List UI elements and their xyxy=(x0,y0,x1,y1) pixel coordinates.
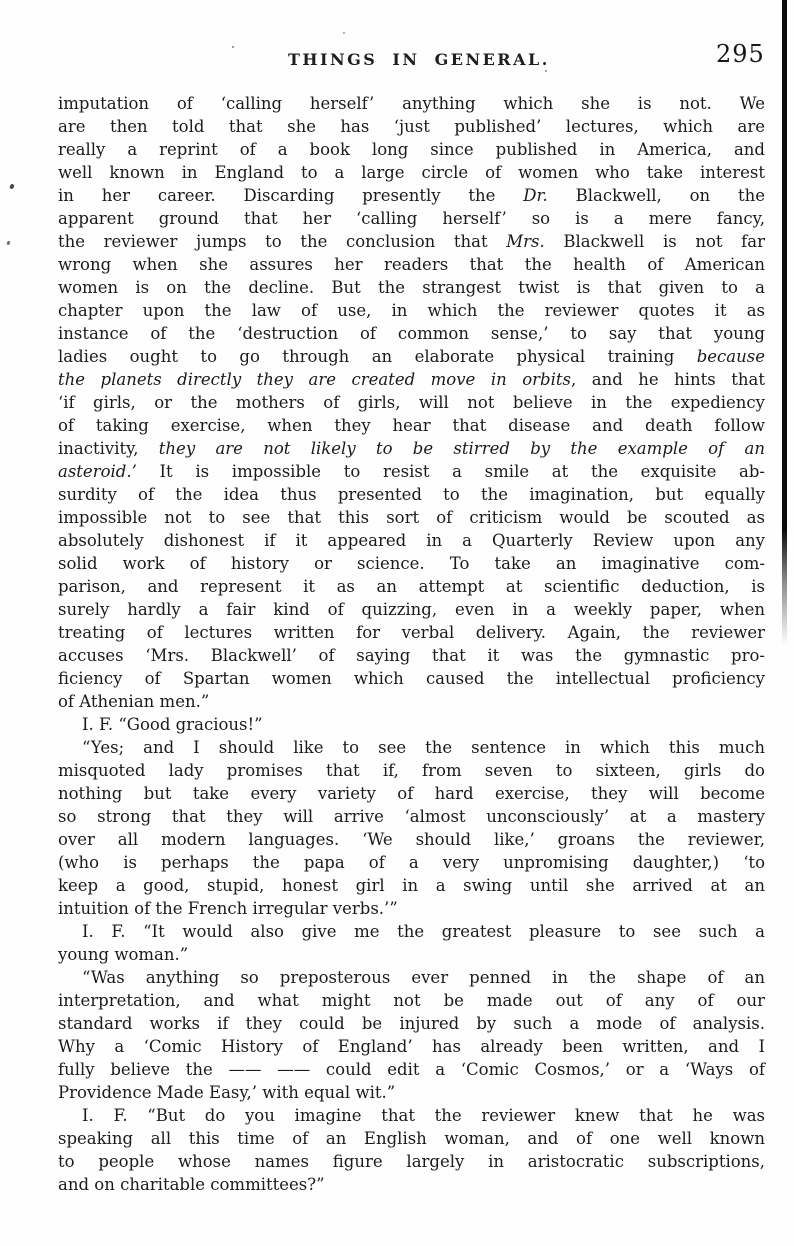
scan-speck xyxy=(232,46,234,48)
text-line: fully believe the —— —— could edit a ‘Co… xyxy=(58,1058,765,1081)
text-line: keep a good, stupid, honest girl in a sw… xyxy=(58,874,765,897)
body-text: the reviewer jumps to the conclusion tha… xyxy=(58,232,506,251)
body-text: speaking all this time of an English wom… xyxy=(58,1129,765,1148)
body-text: surdity of the idea thus presented to th… xyxy=(58,485,765,504)
text-line: ficiency of Spartan women which caused t… xyxy=(58,667,765,690)
running-head-title: THINGS IN GENERAL. xyxy=(288,50,546,69)
text-line: treating of lectures written for verbal … xyxy=(58,621,765,644)
body-text: in her career. Discarding presently the xyxy=(58,186,523,205)
body-text: ficiency of Spartan women which caused t… xyxy=(58,669,765,688)
text-line: of Athenian men.” xyxy=(58,690,765,713)
body-text: inactivity, xyxy=(58,439,159,458)
text-line: of taking exercise, when they hear that … xyxy=(58,414,765,437)
body-text: Blackwell is not far xyxy=(545,232,765,251)
body-text: Why a ‘Comic History of England’ has alr… xyxy=(58,1037,765,1056)
text-line: standard works if they could be injured … xyxy=(58,1012,765,1035)
body-text: ‘if girls, or the mothers of girls, will… xyxy=(58,393,765,412)
body-text: fully believe the —— —— could edit a ‘Co… xyxy=(58,1060,765,1079)
body-text: wrong when she assures her readers that … xyxy=(58,255,765,274)
text-line: imputation of ‘calling herself’ anything… xyxy=(58,92,765,115)
scan-speck xyxy=(6,241,10,246)
body-text: of taking exercise, when they hear that … xyxy=(58,416,765,435)
text-line: in her career. Discarding presently the … xyxy=(58,184,765,207)
text-line: parison, and represent it as an attempt … xyxy=(58,575,765,598)
body-text: are then told that she has ‘just publish… xyxy=(58,117,765,136)
body-text: well known in England to a large circle … xyxy=(58,163,765,182)
text-line: chapter upon the law of use, in which th… xyxy=(58,299,765,322)
body-text: to people whose names figure largely in … xyxy=(58,1152,765,1171)
text-line: over all modern languages. ‘We should li… xyxy=(58,828,765,851)
text-line: ‘if girls, or the mothers of girls, will… xyxy=(58,391,765,414)
text-line: I. F. “It would also give me the greates… xyxy=(58,920,765,943)
text-line: instance of the ‘destruction of common s… xyxy=(58,322,765,345)
text-line: inactivity, they are not likely to be st… xyxy=(58,437,765,460)
body-text: I. F. “Good gracious!” xyxy=(82,715,263,734)
body-text: keep a good, stupid, honest girl in a sw… xyxy=(58,876,765,895)
body-text: imputation of ‘calling herself’ anything… xyxy=(58,94,765,113)
body-text: “Yes; and I should like to see the sente… xyxy=(82,738,765,757)
scan-speck xyxy=(545,70,547,72)
text-line: surely hardly a fair kind of quizzing, e… xyxy=(58,598,765,621)
italic-text: they are not likely to be stirred by the… xyxy=(159,439,765,458)
text-line: interpretation, and what might not be ma… xyxy=(58,989,765,1012)
italic-text: because xyxy=(697,347,765,366)
text-line: so strong that they will arrive ‘almost … xyxy=(58,805,765,828)
text-line: misquoted lady promises that if, from se… xyxy=(58,759,765,782)
text-line: asteroid.’ It is impossible to resist a … xyxy=(58,460,765,483)
text-line: speaking all this time of an English wom… xyxy=(58,1127,765,1150)
italic-text: Mrs. xyxy=(506,232,545,251)
text-line: well known in England to a large circle … xyxy=(58,161,765,184)
text-line: “Yes; and I should like to see the sente… xyxy=(58,736,765,759)
body-text: standard works if they could be injured … xyxy=(58,1014,765,1033)
text-line: the planets directly they are created mo… xyxy=(58,368,765,391)
body-text: misquoted lady promises that if, from se… xyxy=(58,761,765,780)
text-line: absolutely dishonest if it appeared in a… xyxy=(58,529,765,552)
text-line: I. F. “But do you imagine that the revie… xyxy=(58,1104,765,1127)
text-line: Why a ‘Comic History of England’ has alr… xyxy=(58,1035,765,1058)
text-line: really a reprint of a book long since pu… xyxy=(58,138,765,161)
text-line: accuses ‘Mrs. Blackwell’ of saying that … xyxy=(58,644,765,667)
body-text: ladies ought to go through an elaborate … xyxy=(58,347,697,366)
paragraph: I. F. “But do you imagine that the revie… xyxy=(58,1104,765,1196)
body-text: over all modern languages. ‘We should li… xyxy=(58,830,765,849)
body-text: interpretation, and what might not be ma… xyxy=(58,991,765,1010)
paragraph: “Was anything so preposterous ever penne… xyxy=(58,966,765,1104)
text-line: intuition of the French irregular verbs.… xyxy=(58,897,765,920)
body-text: impossible not to see that this sort of … xyxy=(58,508,765,527)
body-text: Providence Made Easy,’ with equal wit.” xyxy=(58,1083,395,1102)
body-text: It is impossible to resist a smile at th… xyxy=(137,462,765,481)
paragraph: “Yes; and I should like to see the sente… xyxy=(58,736,765,920)
body-text: I. F. “It would also give me the greates… xyxy=(82,922,765,941)
body-text: (who is perhaps the papa of a very unpro… xyxy=(58,853,765,872)
text-line: solid work of history or science. To tak… xyxy=(58,552,765,575)
book-page: THINGS IN GENERAL. 295 imputation of ‘ca… xyxy=(0,0,794,1246)
body-text: nothing but take every variety of hard e… xyxy=(58,784,765,803)
body-text: surely hardly a fair kind of quizzing, e… xyxy=(58,600,765,619)
body-text: , and he hints that xyxy=(571,370,765,389)
body-text: I. F. “But do you imagine that the revie… xyxy=(82,1106,765,1125)
paragraph: imputation of ‘calling herself’ anything… xyxy=(58,92,765,713)
text-line: Providence Made Easy,’ with equal wit.” xyxy=(58,1081,765,1104)
text-line: young woman.” xyxy=(58,943,765,966)
scan-speck xyxy=(9,183,15,189)
body-text: women is on the decline. But the strange… xyxy=(58,278,765,297)
paragraph: I. F. “It would also give me the greates… xyxy=(58,920,765,966)
text-line: “Was anything so preposterous ever penne… xyxy=(58,966,765,989)
body-text: and on charitable committees?” xyxy=(58,1175,325,1194)
text-line: wrong when she assures her readers that … xyxy=(58,253,765,276)
italic-text: the planets directly they are created mo… xyxy=(58,370,571,389)
body-text: treating of lectures written for verbal … xyxy=(58,623,765,642)
italic-text: asteroid.’ xyxy=(58,462,137,481)
paragraph: I. F. “Good gracious!” xyxy=(58,713,765,736)
text-line: apparent ground that her ‘calling hersel… xyxy=(58,207,765,230)
text-line: the reviewer jumps to the conclusion tha… xyxy=(58,230,765,253)
text-line: ladies ought to go through an elaborate … xyxy=(58,345,765,368)
text-line: impossible not to see that this sort of … xyxy=(58,506,765,529)
body-text: chapter upon the law of use, in which th… xyxy=(58,301,765,320)
scan-speck xyxy=(343,32,345,34)
page-number: 295 xyxy=(716,40,765,68)
gutter-shadow xyxy=(782,0,787,645)
body-text: instance of the ‘destruction of common s… xyxy=(58,324,765,343)
body-text: “Was anything so preposterous ever penne… xyxy=(82,968,765,987)
text-line: surdity of the idea thus presented to th… xyxy=(58,483,765,506)
body-text: absolutely dishonest if it appeared in a… xyxy=(58,531,765,550)
body-text: Blackwell, on the xyxy=(548,186,765,205)
text-line: women is on the decline. But the strange… xyxy=(58,276,765,299)
body-text: of Athenian men.” xyxy=(58,692,209,711)
text-line: to people whose names figure largely in … xyxy=(58,1150,765,1173)
body-text: intuition of the French irregular verbs.… xyxy=(58,899,398,918)
body-text: solid work of history or science. To tak… xyxy=(58,554,765,573)
page-text: imputation of ‘calling herself’ anything… xyxy=(58,92,765,1196)
body-text: accuses ‘Mrs. Blackwell’ of saying that … xyxy=(58,646,765,665)
text-line: I. F. “Good gracious!” xyxy=(58,713,765,736)
body-text: parison, and represent it as an attempt … xyxy=(58,577,765,596)
text-line: nothing but take every variety of hard e… xyxy=(58,782,765,805)
body-text: young woman.” xyxy=(58,945,188,964)
text-line: and on charitable committees?” xyxy=(58,1173,765,1196)
italic-text: Dr. xyxy=(523,186,548,205)
text-line: (who is perhaps the papa of a very unpro… xyxy=(58,851,765,874)
body-text: apparent ground that her ‘calling hersel… xyxy=(58,209,765,228)
text-line: are then told that she has ‘just publish… xyxy=(58,115,765,138)
body-text: so strong that they will arrive ‘almost … xyxy=(58,807,765,826)
body-text: really a reprint of a book long since pu… xyxy=(58,140,765,159)
